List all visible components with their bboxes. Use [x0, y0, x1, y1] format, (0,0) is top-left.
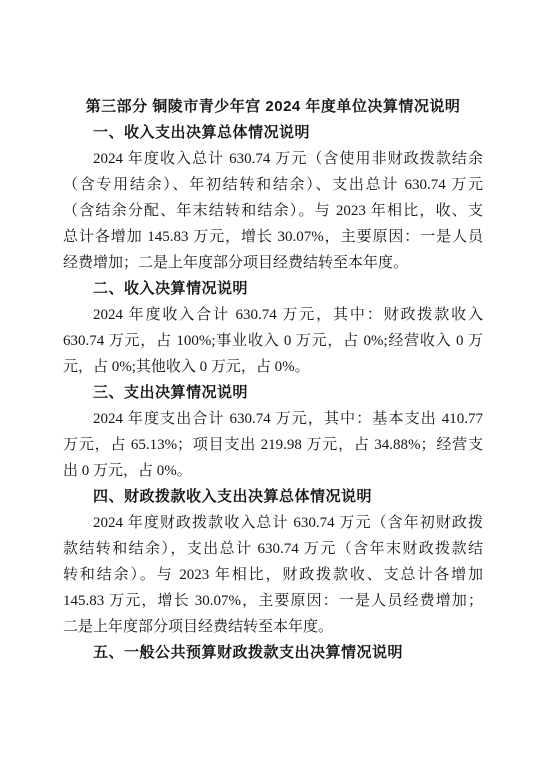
section-4-line-5: 二是上年度部分项目经费结转至本年度。: [63, 614, 483, 640]
section-4-line-4: 145.83 万元，增长 30.07%，主要原因：一是人员经费增加；: [63, 588, 483, 614]
section-1-heading: 一、收入支出决算总体情况说明: [63, 120, 483, 146]
section-1-line-4: 总计各增加 145.83 万元，增长 30.07%，主要原因：一是人员: [63, 224, 483, 250]
section-2-heading: 二、收入决算情况说明: [63, 276, 483, 302]
section-3-heading: 三、支出决算情况说明: [63, 380, 483, 406]
section-4-line-2: 款结转和结余），支出总计 630.74 万元（含年末财政拨款结: [63, 536, 483, 562]
section-2-line-3: 元，占 0%;其他收入 0 万元，占 0%。: [63, 354, 483, 380]
document-page: 第三部分 铜陵市青少年宫 2024 年度单位决算情况说明 一、收入支出决算总体情…: [0, 0, 550, 777]
section-4-line-3: 转和结余）。与 2023 年相比，财政拨款收、支总计各增加: [63, 562, 483, 588]
section-3-line-2: 万元，占 65.13%；项目支出 219.98 万元，占 34.88%；经营支: [63, 432, 483, 458]
section-1-line-3: （含结余分配、年末结转和结余）。与 2023 年相比，收、支: [63, 198, 483, 224]
section-5-heading: 五、一般公共预算财政拨款支出决算情况说明: [63, 640, 483, 666]
section-1-line-1: 2024 年度收入总计 630.74 万元（含使用非财政拨款结余: [63, 146, 483, 172]
section-3-line-3: 出 0 万元，占 0%。: [63, 458, 483, 484]
section-1-line-2: （含专用结余）、年初结转和结余）、支出总计 630.74 万元: [63, 172, 483, 198]
section-4-heading: 四、财政拨款收入支出决算总体情况说明: [63, 484, 483, 510]
document-title: 第三部分 铜陵市青少年宫 2024 年度单位决算情况说明: [63, 94, 483, 120]
section-2-line-2: 630.74 万元，占 100%;事业收入 0 万元，占 0%;经营收入 0 万: [63, 328, 483, 354]
section-2-line-1: 2024 年度收入合计 630.74 万元，其中：财政拨款收入: [63, 302, 483, 328]
document-content: 第三部分 铜陵市青少年宫 2024 年度单位决算情况说明 一、收入支出决算总体情…: [63, 94, 483, 666]
section-1-line-5: 经费增加；二是上年度部分项目经费结转至本年度。: [63, 250, 483, 276]
section-4-line-1: 2024 年度财政拨款收入总计 630.74 万元（含年初财政拨: [63, 510, 483, 536]
section-3-line-1: 2024 年度支出合计 630.74 万元，其中：基本支出 410.77: [63, 406, 483, 432]
